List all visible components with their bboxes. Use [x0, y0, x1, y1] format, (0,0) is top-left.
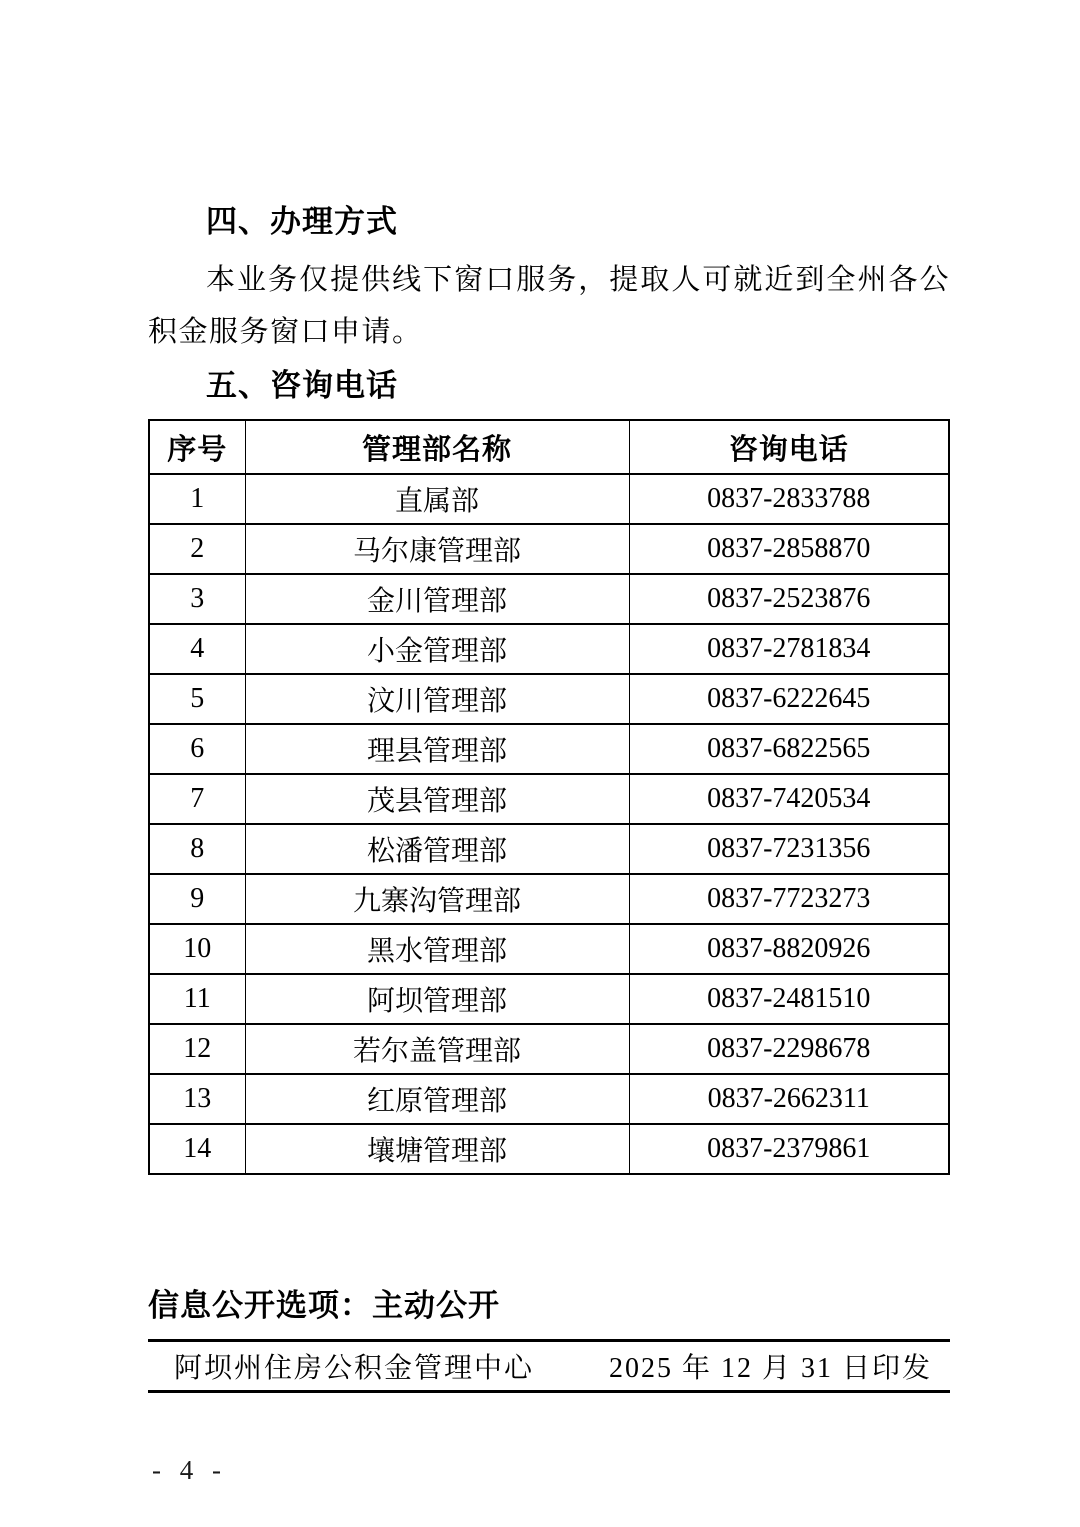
header-index: 序号 [149, 420, 245, 474]
cell-department-name: 马尔康管理部 [245, 524, 629, 574]
footer-rule-bottom [148, 1390, 950, 1393]
cell-index: 9 [149, 874, 245, 924]
cell-index: 7 [149, 774, 245, 824]
header-department-name: 管理部名称 [245, 420, 629, 474]
table-row: 11阿坝管理部0837-2481510 [149, 974, 949, 1024]
consultation-phone-table: 序号 管理部名称 咨询电话 1直属部0837-28337882马尔康管理部083… [148, 419, 950, 1175]
table-row: 7茂县管理部0837-7420534 [149, 774, 949, 824]
issuer-name: 阿坝州住房公积金管理中心 [174, 1346, 534, 1386]
table-row: 2马尔康管理部0837-2858870 [149, 524, 949, 574]
cell-department-name: 金川管理部 [245, 574, 629, 624]
header-phone: 咨询电话 [629, 420, 949, 474]
cell-index: 12 [149, 1024, 245, 1074]
table-row: 14壤塘管理部0837-2379861 [149, 1124, 949, 1174]
disclosure-option-line: 信息公开选项：主动公开 [148, 1287, 950, 1325]
cell-phone: 0837-2858870 [629, 524, 949, 574]
document-content: 四、办理方式 本业务仅提供线下窗口服务，提取人可就近到全州各公积金服务窗口申请。… [148, 0, 950, 1486]
section-heading-consultation-phone: 五、咨询电话 [148, 366, 950, 406]
cell-phone: 0837-2781834 [629, 624, 949, 674]
table-row: 1直属部0837-2833788 [149, 474, 949, 524]
cell-index: 10 [149, 924, 245, 974]
cell-phone: 0837-2379861 [629, 1124, 949, 1174]
issuer-row: 阿坝州住房公积金管理中心 2025 年 12 月 31 日印发 [148, 1342, 950, 1390]
table-row: 6理县管理部0837-6822565 [149, 724, 949, 774]
table-row: 3金川管理部0837-2523876 [149, 574, 949, 624]
cell-phone: 0837-7420534 [629, 774, 949, 824]
table-row: 10黑水管理部0837-8820926 [149, 924, 949, 974]
cell-index: 3 [149, 574, 245, 624]
cell-phone: 0837-6822565 [629, 724, 949, 774]
cell-department-name: 汶川管理部 [245, 674, 629, 724]
cell-index: 6 [149, 724, 245, 774]
table-row: 12若尔盖管理部0837-2298678 [149, 1024, 949, 1074]
processing-method-paragraph: 本业务仅提供线下窗口服务，提取人可就近到全州各公积金服务窗口申请。 [148, 254, 950, 358]
table-row: 4小金管理部0837-2781834 [149, 624, 949, 674]
table-row: 5汶川管理部0837-6222645 [149, 674, 949, 724]
issue-date: 2025 年 12 月 31 日印发 [609, 1346, 932, 1386]
cell-index: 11 [149, 974, 245, 1024]
cell-department-name: 茂县管理部 [245, 774, 629, 824]
cell-index: 8 [149, 824, 245, 874]
cell-phone: 0837-2481510 [629, 974, 949, 1024]
cell-department-name: 若尔盖管理部 [245, 1024, 629, 1074]
table-row: 13红原管理部0837-2662311 [149, 1074, 949, 1124]
cell-department-name: 壤塘管理部 [245, 1124, 629, 1174]
cell-phone: 0837-8820926 [629, 924, 949, 974]
cell-department-name: 黑水管理部 [245, 924, 629, 974]
table-header-row: 序号 管理部名称 咨询电话 [149, 420, 949, 474]
cell-department-name: 九寨沟管理部 [245, 874, 629, 924]
cell-phone: 0837-7723273 [629, 874, 949, 924]
cell-department-name: 红原管理部 [245, 1074, 629, 1124]
cell-phone: 0837-2523876 [629, 574, 949, 624]
cell-department-name: 阿坝管理部 [245, 974, 629, 1024]
cell-phone: 0837-2833788 [629, 474, 949, 524]
cell-index: 4 [149, 624, 245, 674]
table-row: 9九寨沟管理部0837-7723273 [149, 874, 949, 924]
page-number: - 4 - [148, 1455, 950, 1486]
cell-phone: 0837-6222645 [629, 674, 949, 724]
cell-index: 1 [149, 474, 245, 524]
cell-phone: 0837-2298678 [629, 1024, 949, 1074]
cell-department-name: 松潘管理部 [245, 824, 629, 874]
cell-department-name: 理县管理部 [245, 724, 629, 774]
cell-phone: 0837-2662311 [629, 1074, 949, 1124]
cell-index: 5 [149, 674, 245, 724]
table-row: 8松潘管理部0837-7231356 [149, 824, 949, 874]
cell-index: 13 [149, 1074, 245, 1124]
section-heading-processing-method: 四、办理方式 [148, 202, 950, 242]
cell-department-name: 小金管理部 [245, 624, 629, 674]
cell-index: 14 [149, 1124, 245, 1174]
cell-department-name: 直属部 [245, 474, 629, 524]
cell-phone: 0837-7231356 [629, 824, 949, 874]
cell-index: 2 [149, 524, 245, 574]
document-page: 四、办理方式 本业务仅提供线下窗口服务，提取人可就近到全州各公积金服务窗口申请。… [0, 0, 1080, 1527]
